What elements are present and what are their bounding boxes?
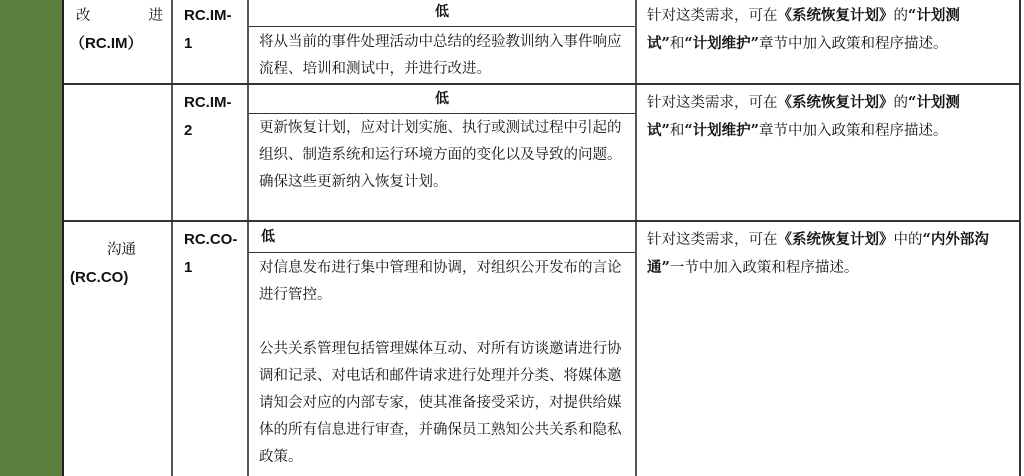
note-cell: 针对这类需求，可在《系统恢复计划》的“计划测试”和“计划维护”章节中加入政策和程… [637,85,1021,220]
note-text: 针对这类需求，可在《系统恢复计划》的“计划测试”和“计划维护”章节中加入政策和程… [647,2,1013,58]
left-margin-bar [0,0,64,476]
note-text: 针对这类需求，可在《系统恢复计划》中的“内外部沟通”一节中加入政策和程序描述。 [647,226,1013,282]
table-row: 改 进 （RC.IM） RC.IM- 1 低 将从当前的事件处理活动中总结的经验… [64,0,1021,85]
priority-label: 低 [249,85,635,114]
category-code: （RC.IM） [70,30,163,58]
category-cell: 沟通 (RC.CO) [64,222,173,476]
priority-label: 低 [249,0,635,27]
priority-label: 低 [249,222,635,253]
note-text: 针对这类需求，可在《系统恢复计划》的“计划测试”和“计划维护”章节中加入政策和程… [647,89,1013,145]
note-cell: 针对这类需求，可在《系统恢复计划》的“计划测试”和“计划维护”章节中加入政策和程… [637,0,1021,83]
requirement-text: 对信息发布进行集中管理和协调，对组织公开发布的言论进行管控。 公共关系管理包括管… [259,255,627,471]
category-cell: 改 进 （RC.IM） [64,0,173,83]
requirement-text: 更新恢复计划，应对计划实施、执行或测试过程中引起的组织、制造系统和运行环境方面的… [259,115,627,196]
id-cell: RC.IM- 1 [173,0,249,83]
requirement-id: RC.CO- 1 [184,226,237,282]
requirement-cell: 低 将从当前的事件处理活动中总结的经验教训纳入事件响应流程、培训和测试中，并进行… [249,0,637,83]
requirement-id: RC.IM- 1 [184,2,232,58]
note-cell: 针对这类需求，可在《系统恢复计划》中的“内外部沟通”一节中加入政策和程序描述。 [637,222,1021,476]
requirement-text: 将从当前的事件处理活动中总结的经验教训纳入事件响应流程、培训和测试中，并进行改进… [259,29,627,83]
category-label: 沟通 [70,236,163,264]
table-row: 沟通 (RC.CO) RC.CO- 1 低 对信息发布进行集中管理和协调，对组织… [64,222,1021,476]
category-label: 改 进 [76,2,163,30]
category-cell [64,85,173,220]
requirement-cell: 低 更新恢复计划，应对计划实施、执行或测试过程中引起的组织、制造系统和运行环境方… [249,85,637,220]
table-row: RC.IM- 2 低 更新恢复计划，应对计划实施、执行或测试过程中引起的组织、制… [64,85,1021,222]
category-code: (RC.CO) [70,264,163,292]
requirement-id: RC.IM- 2 [184,89,232,145]
requirement-cell: 低 对信息发布进行集中管理和协调，对组织公开发布的言论进行管控。 公共关系管理包… [249,222,637,476]
id-cell: RC.IM- 2 [173,85,249,220]
id-cell: RC.CO- 1 [173,222,249,476]
